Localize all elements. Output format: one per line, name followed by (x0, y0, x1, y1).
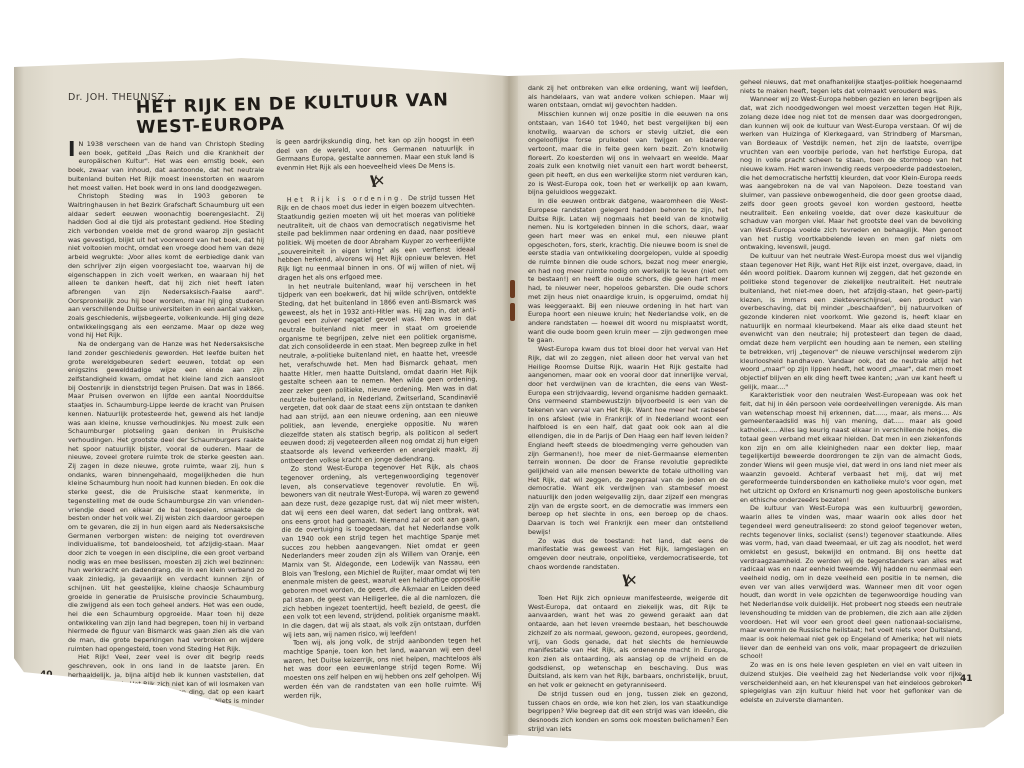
paragraph: Het Rijk! Veel, zeer veel is over dit be… (68, 653, 264, 714)
paragraph: Christoph Steding was in 1903 geboren te… (68, 192, 264, 340)
staple-bottom (510, 303, 515, 321)
paragraph: geheel nieuws, dat met onafhankelijke st… (740, 78, 962, 95)
paragraph: is geen aardrijkskundig ding, het kan op… (276, 135, 474, 173)
paragraph: West-Europa kwam dus tot bloei door het … (528, 345, 728, 536)
right-page-column-1: dank zij het ontbreken van elke ordening… (528, 84, 728, 733)
paragraph: dank zij het ontbreken van elke ordening… (528, 84, 728, 110)
paragraph: In die eeuwen ontbrak datgene, waaromhee… (528, 197, 728, 345)
staple-top (510, 280, 515, 298)
left-page-column-2: is geen aardrijkskundig ding, het kan op… (276, 135, 482, 700)
magazine-spread: Dr. JOH. THEUNISZ : HET RIJK EN DE KULTU… (14, 58, 1004, 748)
paragraph: Wanneer wij zo West-Europa hebben gezien… (740, 95, 962, 252)
paragraph: Misschien kunnen wij onze positie in die… (528, 110, 728, 197)
drop-cap: I (68, 141, 75, 158)
paragraph: Zo was dus de toestand: het land, dat ee… (528, 537, 728, 572)
paragraph: Karakteristiek voor den neutralen West-E… (740, 391, 962, 504)
binding-gutter (502, 76, 518, 736)
left-page: Dr. JOH. THEUNISZ : HET RIJK EN DE KULTU… (14, 58, 508, 748)
right-page-column-2: geheel nieuws, dat met onafhankelijke st… (740, 78, 962, 705)
paragraph: De strijd tussen oud en jong, tussen zie… (528, 690, 728, 734)
wheat-sheaf-ornament-icon: \\\/ ✕ (528, 577, 728, 586)
article-title: HET RIJK EN DE KULTUUR VAN WEST-EUROPA (136, 89, 508, 138)
paragraph: In het neutrale buitenland, waar hij ver… (278, 280, 479, 466)
paragraph: Zo was en is ons hele leven gespleten en… (740, 661, 962, 705)
paragraph: Toen wij, als jong volk, de strijd aanbo… (283, 637, 482, 701)
paragraph: De kultuur van het neutrale West-Europa … (740, 252, 962, 391)
paragraph: De kultuur van West-Europa was een kultu… (740, 504, 962, 661)
paragraph: Toen Het Rijk zich opnieuw manifesteerde… (528, 594, 728, 690)
page-number-left: 40 (40, 670, 53, 680)
paragraph: Na de ondergang van de Hanze was het Ned… (68, 340, 264, 653)
paragraph: IN 1938 verscheen van de hand van Christ… (68, 140, 264, 192)
right-page: dank zij het ontbreken van elke ordening… (508, 58, 1004, 748)
section-lead-paragraph: Het Rijk is ordening. De strijd tussen H… (277, 193, 476, 283)
page-number-right: 41 (960, 674, 973, 684)
paragraph: Zo stond West-Europa tegenover Het Rijk,… (281, 463, 481, 640)
wheat-sheaf-ornament-icon: \\\/ ✕ (277, 176, 475, 187)
left-page-column-1: IN 1938 verscheen van de hand van Christ… (68, 140, 264, 714)
